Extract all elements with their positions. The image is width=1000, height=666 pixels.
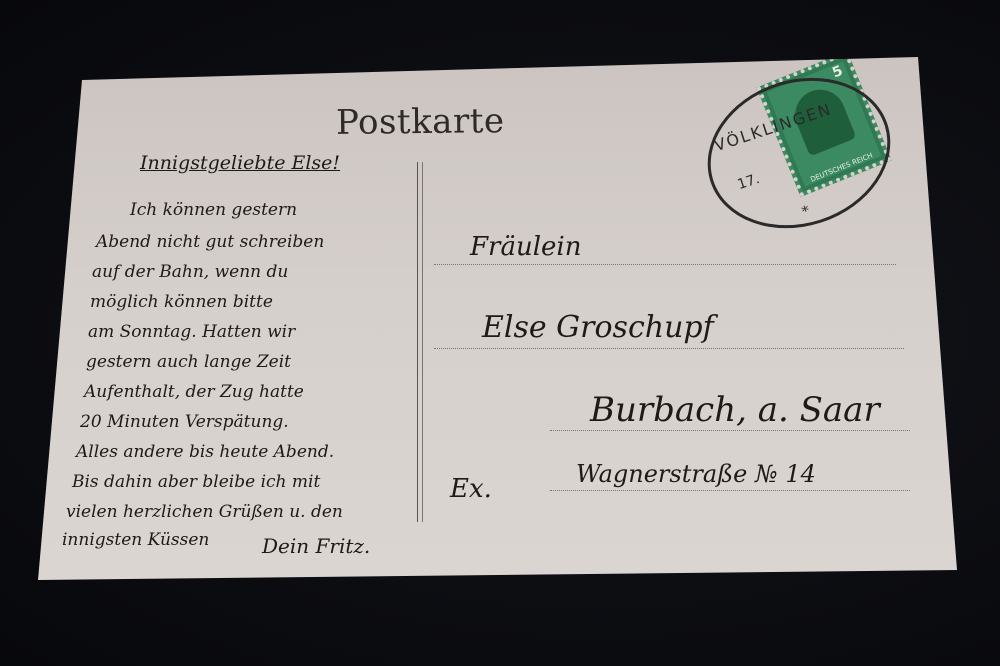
message-line: vielen herzlichen Grüßen u. den (66, 502, 343, 522)
postcard-title: Postkarte (336, 101, 505, 143)
address-marker: Ex. (450, 474, 492, 504)
message-line: innigsten Küssen (62, 530, 209, 550)
postmark-star-icon: * (800, 203, 812, 220)
address-recipient-name: Else Groschupf (482, 310, 714, 345)
message-line: Alles andere bis heute Abend. (76, 442, 334, 462)
message-line: Ich können gestern (130, 200, 297, 220)
message-line: gestern auch lange Zeit (86, 352, 291, 372)
address-street: Wagnerstraße № 14 (576, 460, 816, 488)
divider-line (417, 162, 423, 522)
address-line-3 (550, 430, 910, 431)
address-recipient-title: Fräulein (470, 232, 581, 262)
stamp-value: 5 (830, 63, 845, 81)
postcard: Postkarte Verlag Adolf Klein, Völklingen… (0, 0, 1000, 666)
message-signature: Dein Fritz. (262, 534, 370, 558)
postmark-city: VÖLKLINGEN (712, 99, 835, 155)
message-line: Bis dahin aber bleibe ich mit (72, 472, 320, 492)
message-salutation: Innigstgeliebte Else! (140, 152, 340, 174)
address-city: Burbach, a. Saar (590, 390, 880, 430)
message-line: Abend nicht gut schreiben (96, 232, 324, 252)
message-line: am Sonntag. Hatten wir (88, 322, 295, 342)
address-line-2 (434, 348, 904, 349)
message-line: 20 Minuten Verspätung. (80, 412, 289, 432)
postmark: VÖLKLINGEN 17. * (688, 55, 910, 251)
address-line-4 (550, 490, 910, 491)
address-line-1 (434, 264, 896, 265)
postmark-date: 17. (736, 171, 762, 193)
message-line: Aufenthalt, der Zug hatte (84, 382, 304, 402)
message-line: möglich können bitte (90, 292, 273, 312)
message-line: auf der Bahn, wenn du (92, 262, 288, 282)
